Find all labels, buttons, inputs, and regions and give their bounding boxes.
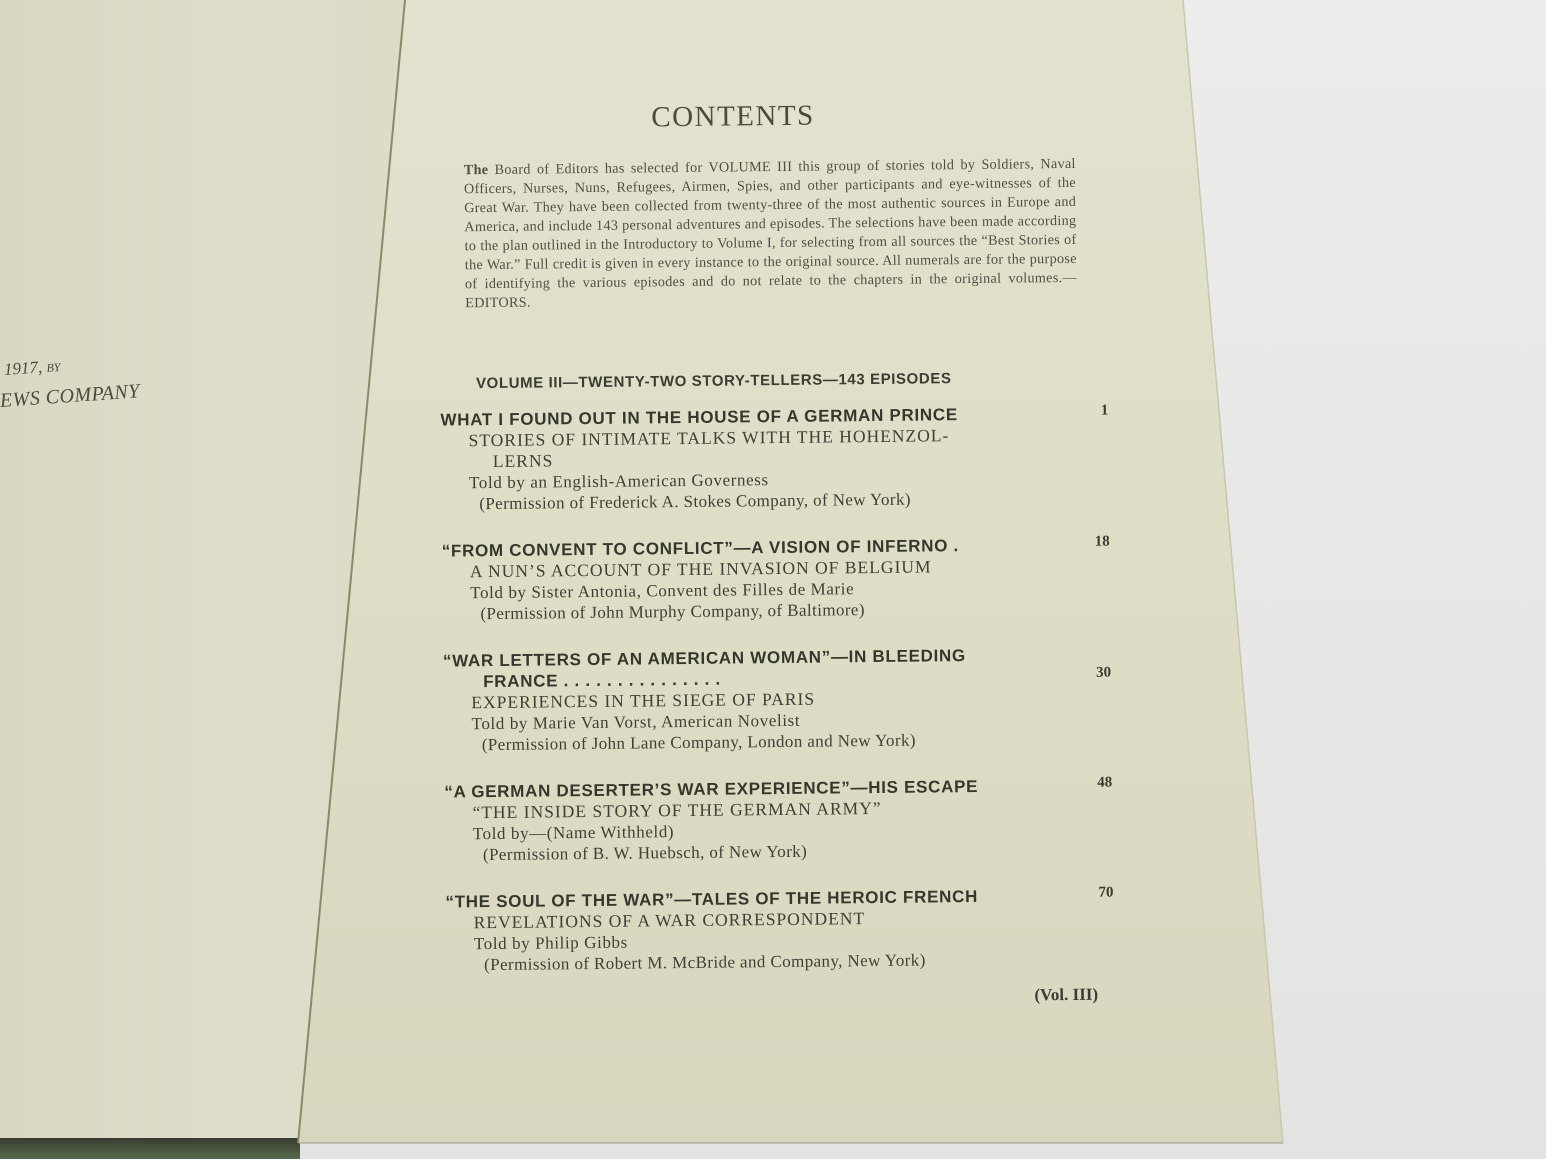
volume-heading: VOLUME III—TWENTY-TWO STORY-TELLERS—143 … <box>476 370 952 392</box>
contents-entry[interactable]: “WAR LETTERS OF AN AMERICAN WOMAN”—IN BL… <box>443 643 1124 755</box>
entry-page-number: 48 <box>1097 775 1112 792</box>
editors-note-text: Board of Editors has selected for VOLUME… <box>464 156 1077 311</box>
editors-note-lead: The <box>464 162 489 178</box>
contents-entry[interactable]: WHAT I FOUND OUT IN THE HOUSE OF A GERMA… <box>440 402 1121 514</box>
book-cover-edge <box>0 1138 300 1159</box>
page-title: CONTENTS <box>651 100 815 135</box>
contents-entry[interactable]: “FROM CONVENT TO CONFLICT”—A VISION OF I… <box>442 533 1123 624</box>
copyright-line: 1917, by <box>3 356 61 380</box>
entry-subtitle: STORIES OF INTIMATE TALKS WITH THE HOHEN… <box>441 424 1059 472</box>
entry-title-continuation: FRANCE . . . . . . . . . . . . . . . <box>443 670 721 692</box>
contents-list: WHAT I FOUND OUT IN THE HOUSE OF A GERMA… <box>440 402 1126 1001</box>
contents-page: CONTENTS The Board of Editors has select… <box>414 0 1146 1144</box>
editors-note: The Board of Editors has selected for VO… <box>464 155 1078 313</box>
entry-page-number: 1 <box>1101 403 1109 420</box>
entry-page-number: 18 <box>1095 534 1110 551</box>
contents-entry[interactable]: “A GERMAN DESERTER’S WAR EXPERIENCE”—HIS… <box>444 774 1125 865</box>
entry-page-number: 70 <box>1098 885 1113 902</box>
contents-entry[interactable]: “THE SOUL OF THE WAR”—TALES OF THE HEROI… <box>445 884 1126 975</box>
volume-footer: (Vol. III) <box>1034 985 1098 1006</box>
entry-title: “WAR LETTERS OF AN AMERICAN WOMAN”—IN BL… <box>443 644 1053 692</box>
entry-page-number: 30 <box>1096 665 1111 682</box>
